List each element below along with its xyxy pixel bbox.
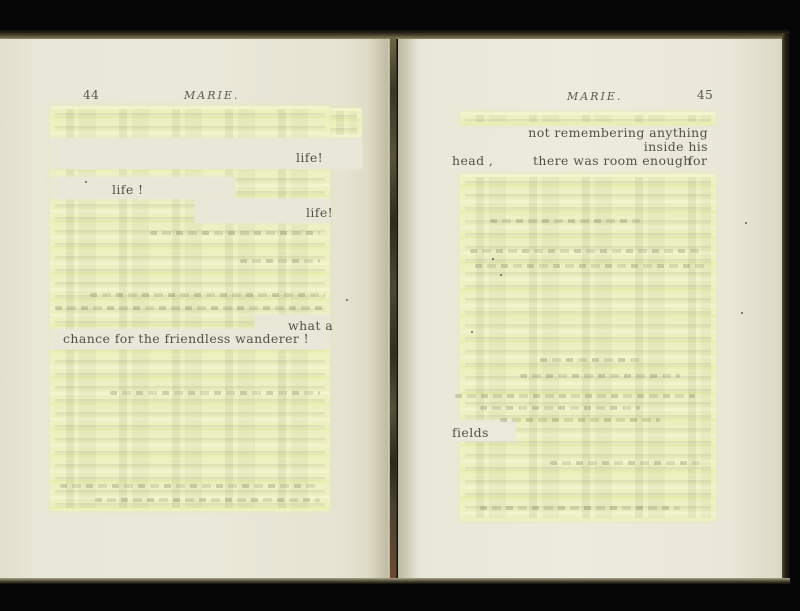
- ghost-text-trace: [150, 231, 320, 235]
- poem-line: chance for the friendless wanderer !: [63, 332, 309, 346]
- page-right: MARIE. 45 not remembering anything insid…: [398, 39, 788, 578]
- binding-thread: [390, 36, 396, 584]
- ghost-text-trace: [500, 418, 660, 422]
- page-number-left: 44: [83, 88, 99, 102]
- ghost-text-trace: [470, 249, 700, 253]
- poem-word: head ,: [452, 154, 493, 168]
- poem-word: fields: [452, 426, 489, 440]
- ink-speck: [741, 312, 743, 314]
- gutter-shadow-left: [368, 39, 388, 578]
- ink-speck: [500, 274, 502, 276]
- ink-speck: [745, 222, 747, 224]
- poem-word: life !: [112, 183, 143, 197]
- ghost-text-trace: [540, 358, 640, 362]
- ghost-text-trace: [95, 498, 320, 502]
- running-header-right: MARIE.: [567, 90, 622, 103]
- ghost-text-trace: [480, 506, 680, 510]
- ink-speck: [346, 299, 348, 301]
- ghost-text-trace: [60, 484, 315, 488]
- book-photograph: 44 MARIE. life! life ! life! what a: [0, 0, 800, 611]
- page-left: 44 MARIE. life! life ! life! what a: [0, 39, 390, 578]
- ghost-text-trace: [550, 461, 700, 465]
- ghost-text-trace: [55, 306, 325, 310]
- poem-word: life!: [306, 206, 333, 220]
- ink-speck: [492, 258, 494, 260]
- ghost-text-trace: [240, 259, 320, 263]
- ghost-text-trace: [90, 293, 325, 297]
- poem-line: inside his: [644, 140, 708, 154]
- book-bottom-edge: [0, 578, 790, 584]
- ghost-text-trace: [480, 406, 640, 410]
- ghost-text-trace: [475, 264, 705, 268]
- page-number-right: 45: [697, 88, 713, 102]
- ink-speck: [471, 331, 473, 333]
- open-book: 44 MARIE. life! life ! life! what a: [0, 30, 790, 584]
- ghost-text-trace: [110, 391, 320, 395]
- poem-word: for: [688, 154, 707, 168]
- poem-word: life!: [296, 151, 323, 165]
- poem-line: there was room enough: [533, 154, 692, 168]
- gutter-shadow-right: [398, 39, 420, 578]
- ghost-text-trace: [520, 374, 680, 378]
- ghost-text-trace: [490, 219, 640, 223]
- running-header-left: MARIE.: [184, 89, 239, 102]
- paint-wash-right-main: [460, 174, 716, 521]
- book-fore-edge: [782, 33, 790, 581]
- paint-wash-right-top: [460, 112, 716, 125]
- poem-line: not remembering anything: [528, 126, 708, 140]
- ink-speck: [85, 181, 87, 183]
- book-gutter: [388, 36, 398, 584]
- ghost-text-trace: [455, 394, 695, 398]
